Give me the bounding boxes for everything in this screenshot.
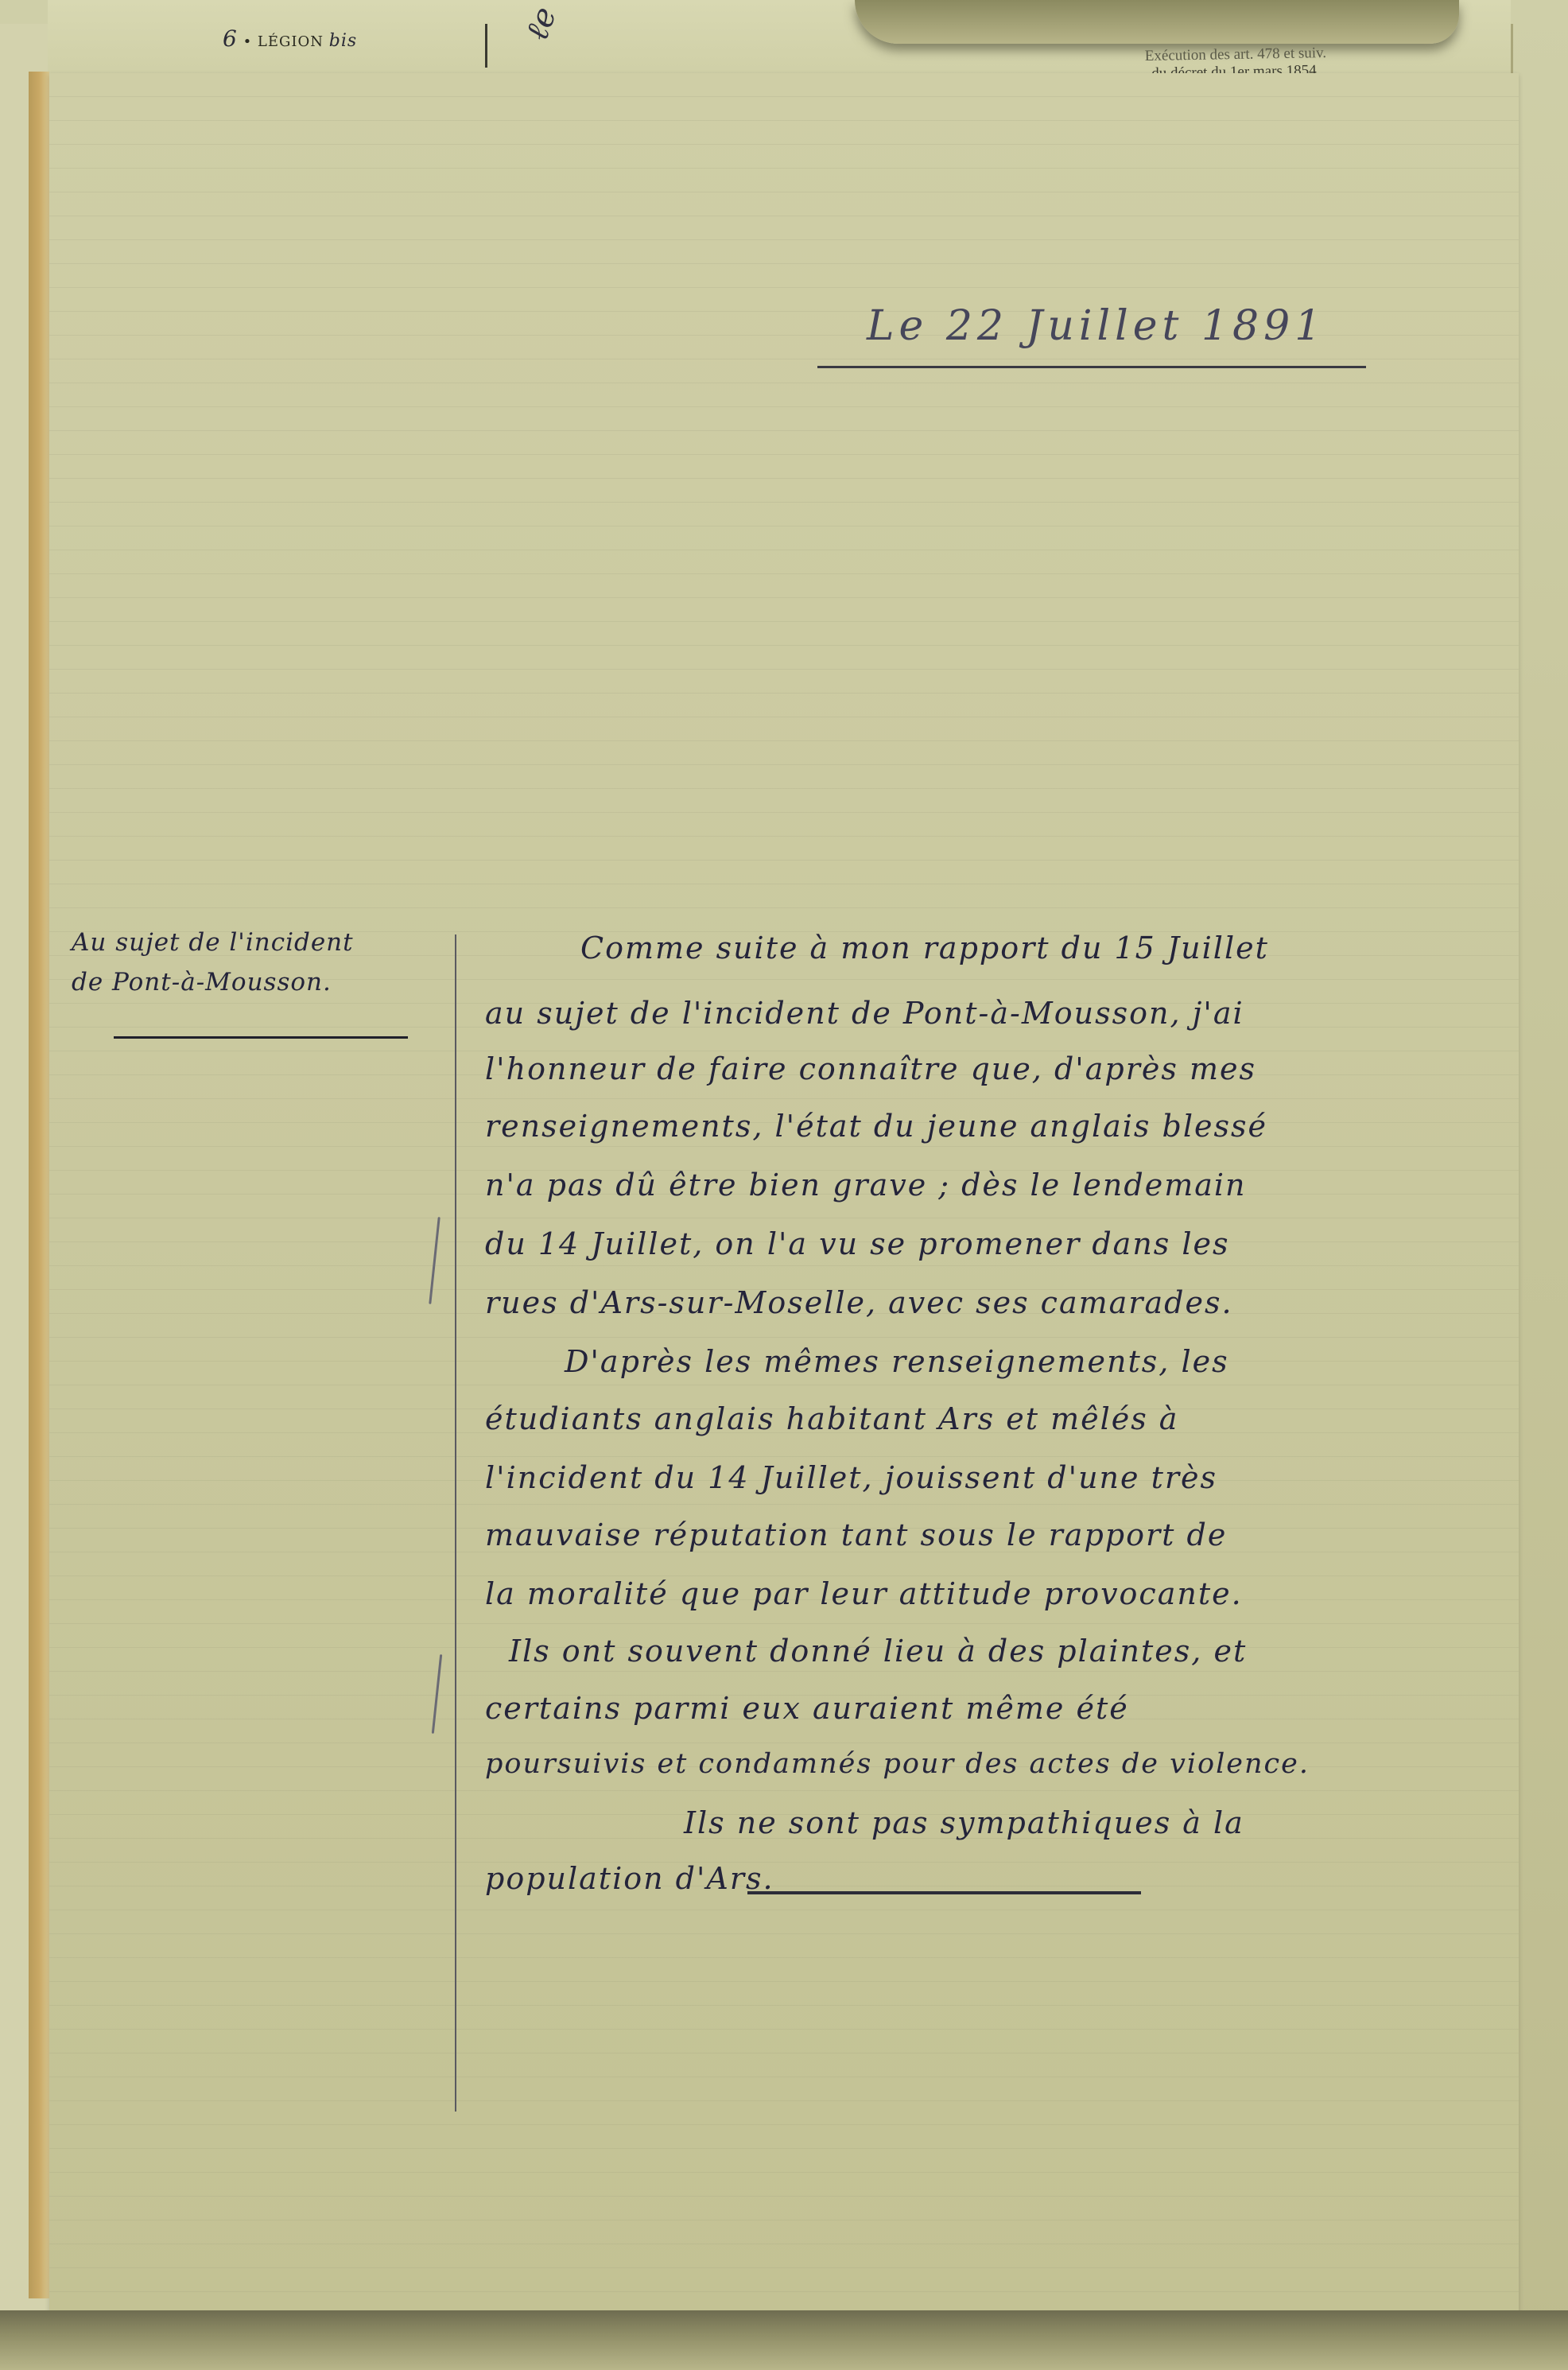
bullet-icon: • xyxy=(243,33,253,50)
body-line: rues d'Ars-sur-Moselle, avec ses camarad… xyxy=(485,1285,1233,1320)
body-line: l'incident du 14 Juillet, jouissent d'un… xyxy=(485,1460,1217,1495)
bottom-page-stack-shadow xyxy=(0,2310,1568,2370)
body-line: renseignements, l'état du jeune anglais … xyxy=(485,1109,1267,1144)
body-line: l'honneur de faire connaître que, d'aprè… xyxy=(485,1051,1256,1086)
document-date: Le 22 Juillet 1891 xyxy=(867,302,1325,350)
body-line: du 14 Juillet, on l'a vu se promener dan… xyxy=(485,1226,1230,1261)
margin-subject-note: Au sujet de l'incident de Pont-à-Mousson… xyxy=(72,923,445,1002)
body-line: étudiants anglais habitant Ars et mêlés … xyxy=(485,1401,1178,1436)
folder-edge xyxy=(29,72,49,2298)
body-line: poursuivis et condamnés pour des actes d… xyxy=(485,1748,1310,1780)
body-line: Comme suite à mon rapport du 15 Juillet xyxy=(580,931,1269,965)
body-line: certains parmi eux auraient même été xyxy=(485,1691,1129,1726)
closing-rule xyxy=(747,1891,1141,1894)
legion-number: 6 xyxy=(223,25,238,52)
body-line: D'après les mêmes renseignements, les xyxy=(565,1344,1229,1379)
body-line: Ils ont souvent donné lieu à des plainte… xyxy=(509,1634,1247,1669)
legion-annotation: bis xyxy=(329,31,357,51)
margin-note-underline xyxy=(114,1036,408,1039)
margin-column-rule xyxy=(455,934,456,2112)
body-line: mauvaise réputation tant sous le rapport… xyxy=(485,1517,1227,1552)
date-underline xyxy=(817,366,1366,368)
body-line: au sujet de l'incident de Pont-à-Mousson… xyxy=(485,996,1244,1031)
body-line: n'a pas dû être bien grave ; dès le lend… xyxy=(485,1168,1247,1202)
body-line: la moralité que par leur attitude provoc… xyxy=(485,1576,1243,1611)
body-line: Ils ne sont pas sympathiques à la xyxy=(684,1805,1244,1840)
margin-note-line-2: de Pont-à-Mousson. xyxy=(72,962,445,1002)
legion-header: 6 • LÉGION bis xyxy=(223,25,357,52)
legion-label: LÉGION xyxy=(258,33,324,50)
margin-note-line-1: Au sujet de l'incident xyxy=(72,923,445,962)
top-paper-fold xyxy=(855,0,1459,44)
body-line: population d'Ars. xyxy=(485,1861,774,1896)
header-pen-mark xyxy=(485,24,487,68)
